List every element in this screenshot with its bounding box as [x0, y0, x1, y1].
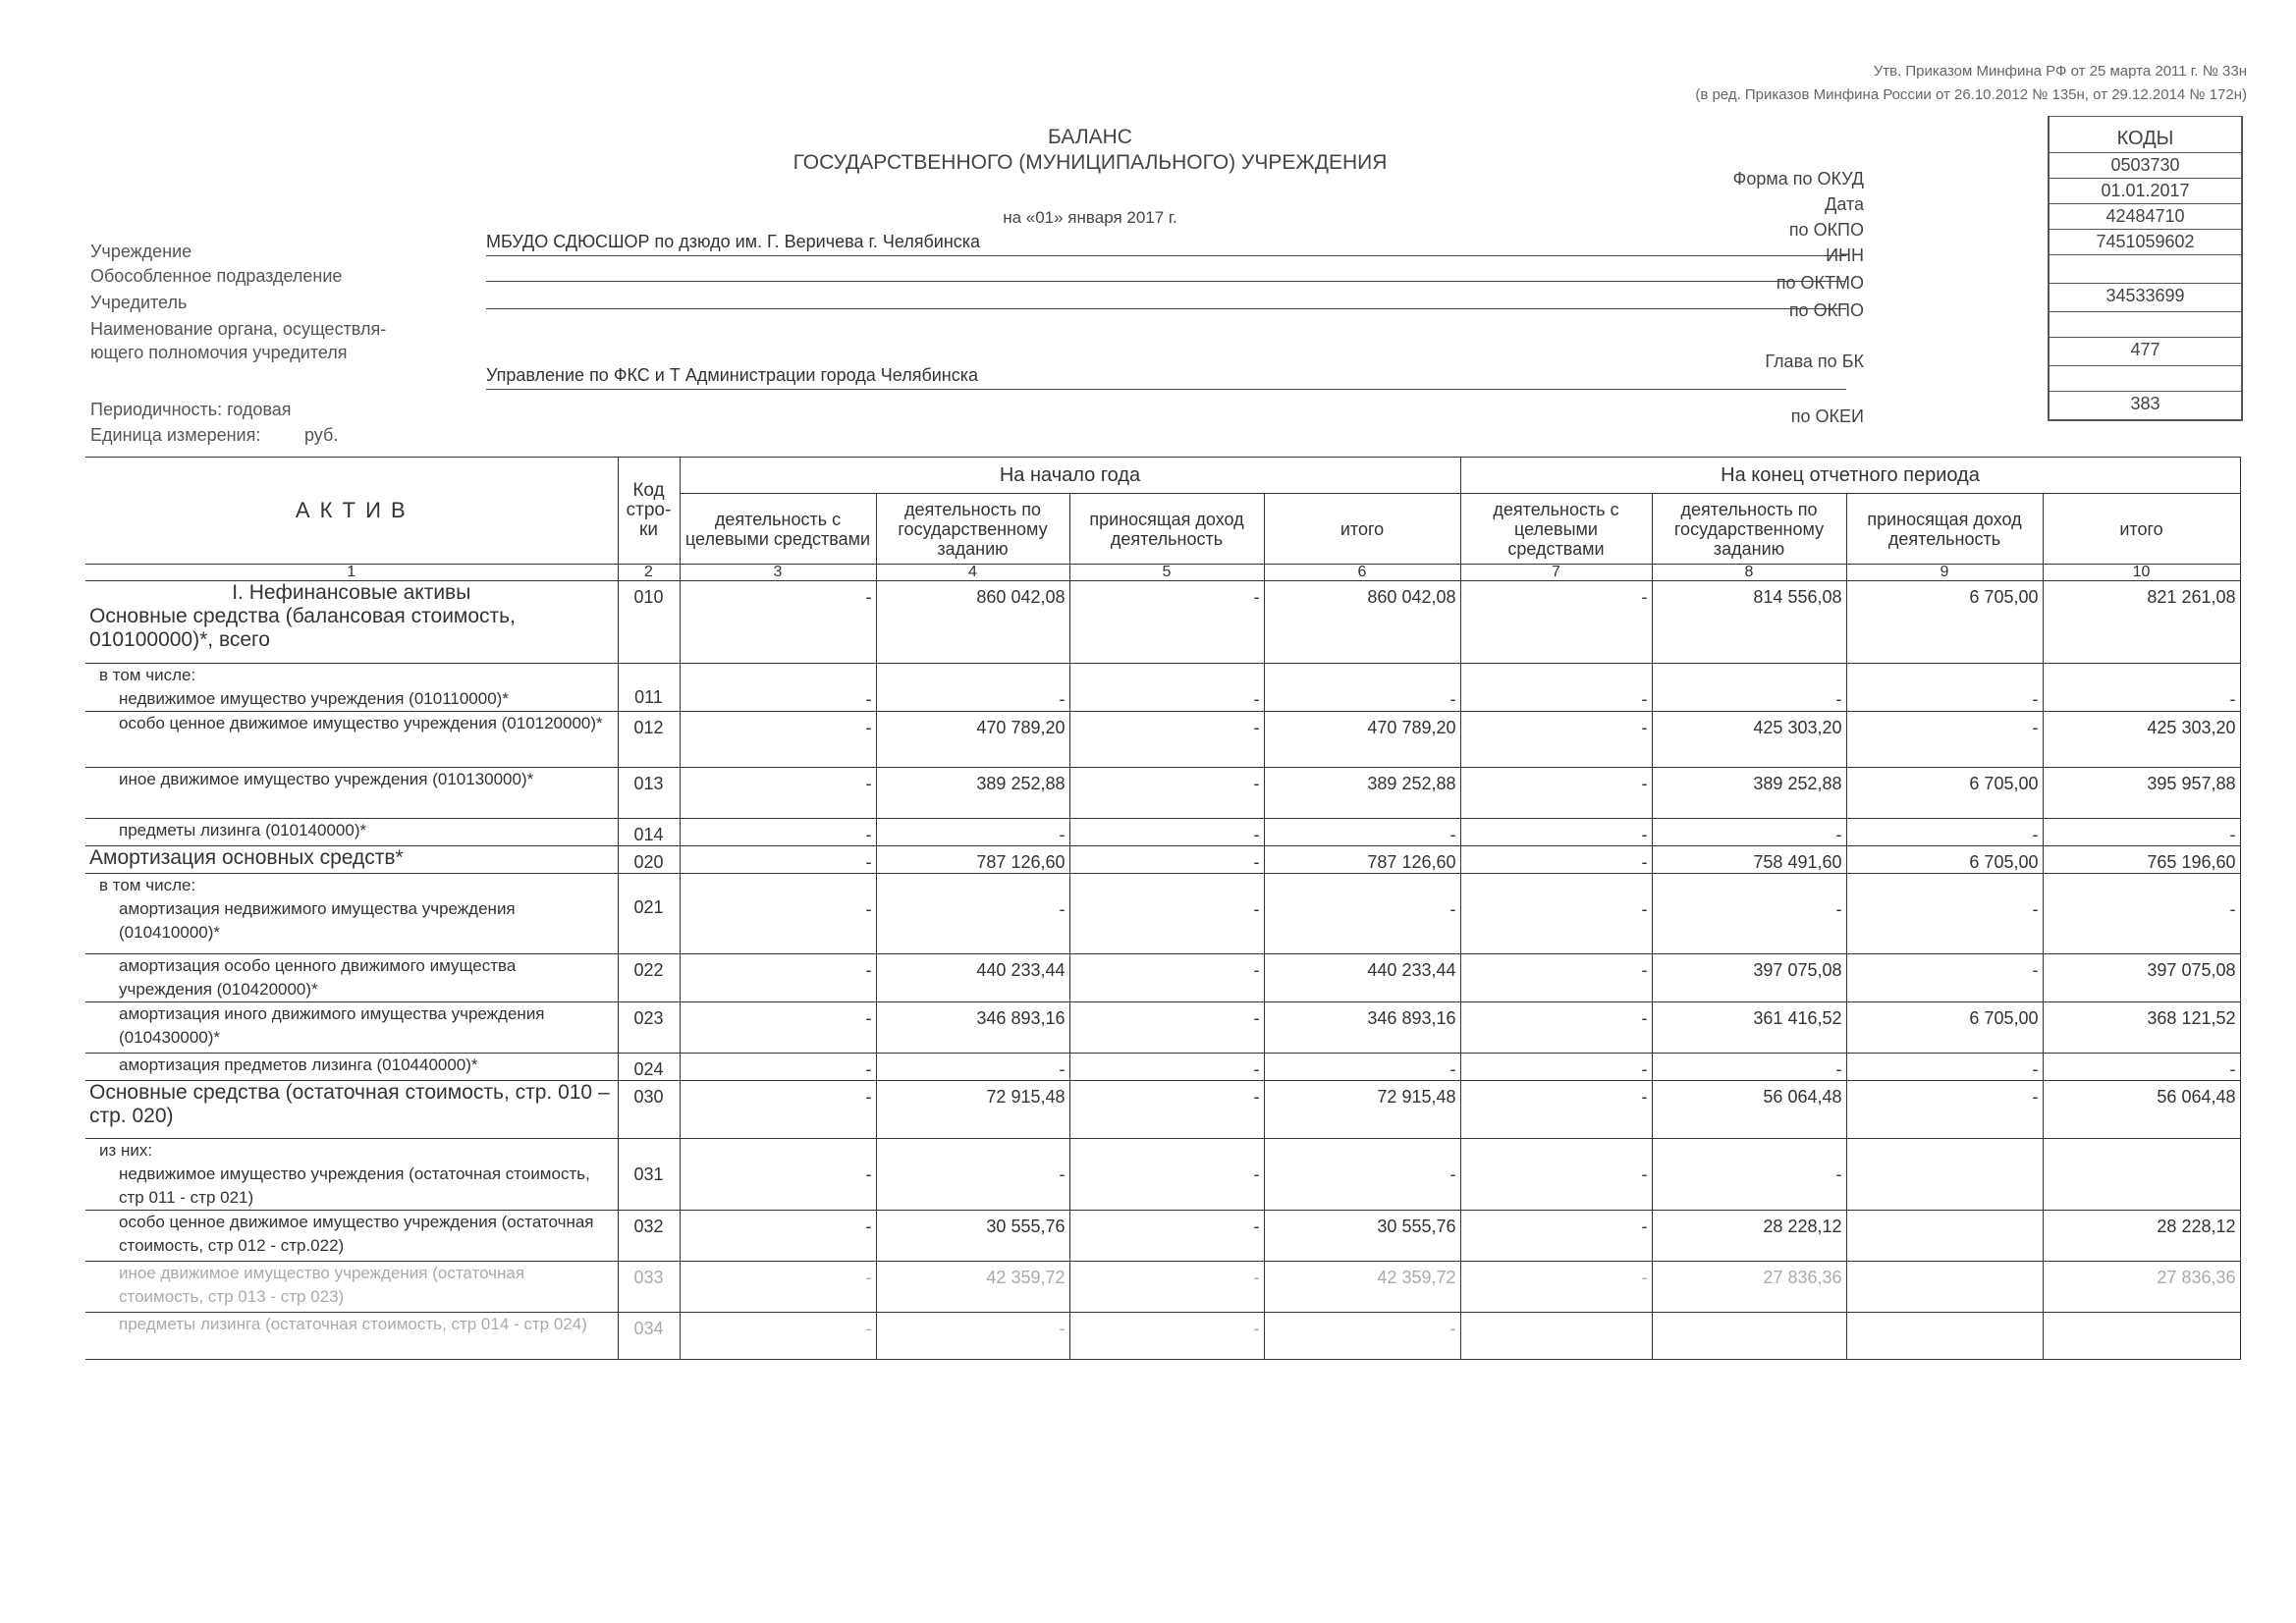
value-cell-col-3: - — [680, 1211, 876, 1262]
row-name: предметы лизинга (остаточная стоимость, … — [89, 1313, 614, 1336]
value-cell-col-5: - — [1069, 768, 1264, 819]
code-okud: 0503730 — [2050, 153, 2241, 179]
row-name: особо ценное движимое имущество учрежден… — [89, 1211, 614, 1258]
row-prefix: из них: — [89, 1139, 614, 1163]
value-cell-col-7: - — [1460, 954, 1652, 1002]
value-cell-col-4: - — [876, 1313, 1069, 1360]
row-prefix: в том числе: — [89, 874, 614, 897]
row-name: особо ценное движимое имущество учрежден… — [89, 712, 614, 735]
value-cell-col-3: - — [680, 1139, 876, 1211]
value-cell-col-8: 814 556,08 — [1652, 581, 1846, 664]
column-number: 3 — [680, 565, 876, 581]
value-cell-col-7: - — [1460, 1262, 1652, 1313]
value-cell-col-7: - — [1460, 1081, 1652, 1139]
row-code: 014 — [618, 819, 680, 846]
value-cell-col-5: - — [1069, 712, 1264, 768]
value-cell-col-3: - — [680, 1081, 876, 1139]
row-code: 023 — [618, 1002, 680, 1054]
value-cell-col-4: - — [876, 819, 1069, 846]
column-number: 9 — [1846, 565, 2043, 581]
row-name: Основные средства (балансовая стоимость,… — [89, 605, 614, 652]
value-cell-col-3: - — [680, 712, 876, 768]
value-cell-col-7: - — [1460, 1139, 1652, 1211]
value-cell-col-8: - — [1652, 874, 1846, 954]
value-cell-col-4: - — [876, 1139, 1069, 1211]
row-name: амортизация недвижимого имущества учрежд… — [89, 897, 614, 945]
institution-field: МБУДО СДЮСШОР по дзюдо им. Г. Веричева г… — [486, 232, 1846, 256]
institution-label: Учреждение — [90, 241, 191, 262]
value-cell-col-3: - — [680, 1054, 876, 1081]
unit-value: руб. — [304, 424, 338, 446]
col-header-4: деятельность по государственному заданию — [876, 494, 1069, 565]
table-row: амортизация иного движимого имущества уч… — [85, 1002, 2240, 1054]
value-cell-col-8: - — [1652, 664, 1846, 712]
row-name: амортизация предметов лизинга (010440000… — [89, 1054, 614, 1077]
row-code: 030 — [618, 1081, 680, 1139]
value-cell-col-6: - — [1264, 664, 1460, 712]
row-name: Основные средства (остаточная стоимость,… — [89, 1081, 614, 1128]
code-label-date: Дата — [1825, 194, 1864, 215]
code-blank-2 — [2050, 366, 2241, 392]
row-name-cell: амортизация иного движимого имущества уч… — [85, 1002, 618, 1054]
authority-value: Управление по ФКС и Т Администрации горо… — [486, 365, 978, 385]
value-cell-col-7: - — [1460, 846, 1652, 874]
value-cell-col-7: - — [1460, 712, 1652, 768]
row-name-cell: иное движимое имущество учреждения (оста… — [85, 1262, 618, 1313]
value-cell-col-5: - — [1069, 1081, 1264, 1139]
row-name-cell: предметы лизинга (остаточная стоимость, … — [85, 1313, 618, 1360]
code-label-okpo-2: по ОКПО — [1789, 300, 1864, 321]
row-name: амортизация особо ценного движимого имущ… — [89, 954, 614, 1001]
value-cell-col-5: - — [1069, 954, 1264, 1002]
column-number: 4 — [876, 565, 1069, 581]
institution-value: МБУДО СДЮСШОР по дзюдо им. Г. Веричева г… — [486, 232, 980, 251]
subdivision-label: Обособленное подразделение — [90, 265, 342, 287]
value-cell-col-5: - — [1069, 819, 1264, 846]
row-code: 033 — [618, 1262, 680, 1313]
row-name: иное движимое имущество учреждения (оста… — [89, 1262, 614, 1309]
value-cell-col-8: 397 075,08 — [1652, 954, 1846, 1002]
value-cell-col-8: - — [1652, 1054, 1846, 1081]
value-cell-col-10: 425 303,20 — [2043, 712, 2240, 768]
row-code: 010 — [618, 581, 680, 664]
section-heading: I. Нефинансовые активы — [89, 581, 614, 605]
column-number: 1 — [85, 565, 618, 581]
value-cell-col-4: 470 789,20 — [876, 712, 1069, 768]
row-name-cell: в том числе:недвижимое имущество учрежде… — [85, 664, 618, 712]
table-row: предметы лизинга (010140000)*014-------- — [85, 819, 2240, 846]
value-cell-col-9: 6 705,00 — [1846, 768, 2043, 819]
value-cell-col-5: - — [1069, 1139, 1264, 1211]
col-header-aktiv: А К Т И В — [85, 458, 618, 565]
table-row: из них:недвижимое имущество учреждения (… — [85, 1139, 2240, 1211]
value-cell-col-10: 368 121,52 — [2043, 1002, 2240, 1054]
value-cell-col-7: - — [1460, 1211, 1652, 1262]
value-cell-col-7: - — [1460, 819, 1652, 846]
table-body: I. Нефинансовые активыОсновные средства … — [85, 581, 2240, 1360]
value-cell-col-5: - — [1069, 664, 1264, 712]
row-name-cell: амортизация предметов лизинга (010440000… — [85, 1054, 618, 1081]
code-label-inn: ИНН — [1826, 245, 1864, 266]
col-header-7: деятельность с целевыми средствами — [1460, 494, 1652, 565]
founder-field — [486, 285, 1846, 309]
table-row: особо ценное движимое имущество учрежден… — [85, 712, 2240, 768]
value-cell-col-10: - — [2043, 1054, 2240, 1081]
value-cell-col-6: - — [1264, 819, 1460, 846]
row-name-cell: Амортизация основных средств* — [85, 846, 618, 874]
table-row: в том числе:амортизация недвижимого имущ… — [85, 874, 2240, 954]
value-cell-col-8: 758 491,60 — [1652, 846, 1846, 874]
code-glava-bk: 477 — [2050, 338, 2241, 366]
code-blank-1 — [2050, 312, 2241, 338]
document-subtitle: ГОСУДАРСТВЕННОГО (МУНИЦИПАЛЬНОГО) УЧРЕЖД… — [638, 149, 1542, 177]
row-code: 024 — [618, 1054, 680, 1081]
code-okpo-2: 34533699 — [2050, 284, 2241, 312]
value-cell-col-3: - — [680, 954, 876, 1002]
row-name-cell: амортизация особо ценного движимого имущ… — [85, 954, 618, 1002]
value-cell-col-10 — [2043, 1139, 2240, 1211]
row-name: недвижимое имущество учреждения (остаточ… — [89, 1163, 614, 1210]
row-name: недвижимое имущество учреждения (0101100… — [89, 687, 614, 711]
value-cell-col-4: 30 555,76 — [876, 1211, 1069, 1262]
value-cell-col-5: - — [1069, 1262, 1264, 1313]
value-cell-col-6: 42 359,72 — [1264, 1262, 1460, 1313]
row-name-cell: особо ценное движимое имущество учрежден… — [85, 1211, 618, 1262]
column-number: 8 — [1652, 565, 1846, 581]
table-row: I. Нефинансовые активыОсновные средства … — [85, 581, 2240, 664]
col-group-end: На конец отчетного периода — [1460, 458, 2240, 494]
value-cell-col-9 — [1846, 1139, 2043, 1211]
value-cell-col-4: 440 233,44 — [876, 954, 1069, 1002]
authority-label-2: ющего полномочия учредителя — [90, 342, 348, 363]
table-row: в том числе:недвижимое имущество учрежде… — [85, 664, 2240, 712]
value-cell-col-5: - — [1069, 581, 1264, 664]
value-cell-col-10: - — [2043, 664, 2240, 712]
value-cell-col-10 — [2043, 1313, 2240, 1360]
row-code: 022 — [618, 954, 680, 1002]
value-cell-col-4: 860 042,08 — [876, 581, 1069, 664]
value-cell-col-8: 56 064,48 — [1652, 1081, 1846, 1139]
table-row: иное движимое имущество учреждения (оста… — [85, 1262, 2240, 1313]
value-cell-col-4: 72 915,48 — [876, 1081, 1069, 1139]
value-cell-col-3: - — [680, 1002, 876, 1054]
value-cell-col-6: 72 915,48 — [1264, 1081, 1460, 1139]
value-cell-col-10: - — [2043, 874, 2240, 954]
row-code: 020 — [618, 846, 680, 874]
value-cell-col-7: - — [1460, 874, 1652, 954]
value-cell-col-3: - — [680, 874, 876, 954]
approval-line-2: (в ред. Приказов Минфина России от 26.10… — [1695, 84, 2247, 106]
value-cell-col-6: 389 252,88 — [1264, 768, 1460, 819]
code-okei: 383 — [2050, 392, 2241, 421]
value-cell-col-3: - — [680, 581, 876, 664]
value-cell-col-4: - — [876, 1054, 1069, 1081]
value-cell-col-10: - — [2043, 819, 2240, 846]
column-number: 5 — [1069, 565, 1264, 581]
value-cell-col-9: 6 705,00 — [1846, 581, 2043, 664]
table-row: Основные средства (остаточная стоимость,… — [85, 1081, 2240, 1139]
value-cell-col-5: - — [1069, 1054, 1264, 1081]
value-cell-col-10: 27 836,36 — [2043, 1262, 2240, 1313]
value-cell-col-7 — [1460, 1313, 1652, 1360]
value-cell-col-10: 821 261,08 — [2043, 581, 2240, 664]
table-row: амортизация предметов лизинга (010440000… — [85, 1054, 2240, 1081]
row-name-cell: особо ценное движимое имущество учрежден… — [85, 712, 618, 768]
table-row: Амортизация основных средств*020-787 126… — [85, 846, 2240, 874]
value-cell-col-4: 42 359,72 — [876, 1262, 1069, 1313]
value-cell-col-5: - — [1069, 1313, 1264, 1360]
row-code: 034 — [618, 1313, 680, 1360]
value-cell-col-8: - — [1652, 1139, 1846, 1211]
code-inn: 7451059602 — [2050, 230, 2241, 255]
value-cell-col-10: 395 957,88 — [2043, 768, 2240, 819]
row-name-cell: иное движимое имущество учреждения (0101… — [85, 768, 618, 819]
value-cell-col-9 — [1846, 1211, 2043, 1262]
approval-line-1: Утв. Приказом Минфина РФ от 25 марта 201… — [1874, 61, 2247, 82]
value-cell-col-3: - — [680, 819, 876, 846]
value-cell-col-7: - — [1460, 768, 1652, 819]
row-code: 032 — [618, 1211, 680, 1262]
value-cell-col-4: 346 893,16 — [876, 1002, 1069, 1054]
value-cell-col-6: 787 126,60 — [1264, 846, 1460, 874]
value-cell-col-4: - — [876, 664, 1069, 712]
value-cell-col-8: 389 252,88 — [1652, 768, 1846, 819]
row-name-cell: Основные средства (остаточная стоимость,… — [85, 1081, 618, 1139]
row-code: 021 — [618, 874, 680, 954]
value-cell-col-9: - — [1846, 712, 2043, 768]
value-cell-col-10: 56 064,48 — [2043, 1081, 2240, 1139]
row-name-cell: из них:недвижимое имущество учреждения (… — [85, 1139, 618, 1211]
value-cell-col-9 — [1846, 1313, 2043, 1360]
table-row: особо ценное движимое имущество учрежден… — [85, 1211, 2240, 1262]
value-cell-col-5: - — [1069, 846, 1264, 874]
row-name-cell: в том числе:амортизация недвижимого имущ… — [85, 874, 618, 954]
value-cell-col-10: 397 075,08 — [2043, 954, 2240, 1002]
value-cell-col-10: 28 228,12 — [2043, 1211, 2240, 1262]
column-number: 10 — [2043, 565, 2240, 581]
code-label-okud: Форма по ОКУД — [1733, 169, 1864, 189]
value-cell-col-8: 28 228,12 — [1652, 1211, 1846, 1262]
value-cell-col-3: - — [680, 846, 876, 874]
value-cell-col-6: - — [1264, 1313, 1460, 1360]
value-cell-col-9: - — [1846, 1081, 2043, 1139]
row-name: иное движимое имущество учреждения (0101… — [89, 768, 614, 791]
report-date: на «01» января 2017 г. — [638, 208, 1542, 228]
value-cell-col-9: - — [1846, 664, 2043, 712]
value-cell-col-7: - — [1460, 581, 1652, 664]
code-label-glava-bk: Глава по БК — [1765, 352, 1864, 372]
value-cell-col-8: 361 416,52 — [1652, 1002, 1846, 1054]
value-cell-col-7: - — [1460, 664, 1652, 712]
value-cell-col-3: - — [680, 1262, 876, 1313]
subdivision-field — [486, 257, 1846, 282]
col-header-3: деятельность с целевыми средствами — [680, 494, 876, 565]
value-cell-col-3: - — [680, 664, 876, 712]
col-header-code: Код стро-ки — [618, 458, 680, 565]
row-name: Амортизация основных средств* — [89, 846, 614, 870]
code-date: 01.01.2017 — [2050, 179, 2241, 204]
value-cell-col-6: 470 789,20 — [1264, 712, 1460, 768]
table-row: иное движимое имущество учреждения (0101… — [85, 768, 2240, 819]
value-cell-col-6: - — [1264, 874, 1460, 954]
row-name: предметы лизинга (010140000)* — [89, 819, 614, 842]
col-header-5: приносящая доход деятельность — [1069, 494, 1264, 565]
table-row: амортизация особо ценного движимого имущ… — [85, 954, 2240, 1002]
value-cell-col-9 — [1846, 1262, 2043, 1313]
value-cell-col-6: - — [1264, 1054, 1460, 1081]
value-cell-col-6: 30 555,76 — [1264, 1211, 1460, 1262]
row-name-cell: I. Нефинансовые активыОсновные средства … — [85, 581, 618, 664]
row-code: 011 — [618, 664, 680, 712]
value-cell-col-5: - — [1069, 1002, 1264, 1054]
value-cell-col-4: 787 126,60 — [876, 846, 1069, 874]
document-title: БАЛАНС — [638, 124, 1542, 151]
row-code: 013 — [618, 768, 680, 819]
value-cell-col-8: 27 836,36 — [1652, 1262, 1846, 1313]
code-label-oktmo: по ОКТМО — [1777, 273, 1864, 294]
value-cell-col-3: - — [680, 1313, 876, 1360]
value-cell-col-5: - — [1069, 1211, 1264, 1262]
value-cell-col-5: - — [1069, 874, 1264, 954]
row-name: амортизация иного движимого имущества уч… — [89, 1002, 614, 1050]
table-row: предметы лизинга (остаточная стоимость, … — [85, 1313, 2240, 1360]
value-cell-col-9: - — [1846, 1054, 2043, 1081]
code-label-okei: по ОКЕИ — [1791, 406, 1864, 427]
balance-table: А К Т И В Код стро-ки На начало года На … — [85, 457, 2241, 1360]
column-number: 2 — [618, 565, 680, 581]
value-cell-col-9: 6 705,00 — [1846, 846, 2043, 874]
row-name-cell: предметы лизинга (010140000)* — [85, 819, 618, 846]
value-cell-col-7: - — [1460, 1054, 1652, 1081]
value-cell-col-6: 440 233,44 — [1264, 954, 1460, 1002]
value-cell-col-8 — [1652, 1313, 1846, 1360]
code-oktmo — [2050, 255, 2241, 284]
value-cell-col-8: 425 303,20 — [1652, 712, 1846, 768]
codes-box: КОДЫ 0503730 01.01.2017 42484710 7451059… — [2048, 116, 2243, 421]
value-cell-col-9: - — [1846, 819, 2043, 846]
value-cell-col-6: - — [1264, 1139, 1460, 1211]
authority-field: Управление по ФКС и Т Администрации горо… — [486, 365, 1846, 390]
value-cell-col-4: 389 252,88 — [876, 768, 1069, 819]
value-cell-col-9: - — [1846, 874, 2043, 954]
authority-label-1: Наименование органа, осуществля- — [90, 318, 386, 340]
row-code: 012 — [618, 712, 680, 768]
value-cell-col-7: - — [1460, 1002, 1652, 1054]
column-number: 7 — [1460, 565, 1652, 581]
value-cell-col-3: - — [680, 768, 876, 819]
founder-label: Учредитель — [90, 292, 187, 313]
row-code: 031 — [618, 1139, 680, 1211]
codes-header: КОДЫ — [2050, 116, 2241, 153]
column-number: 6 — [1264, 565, 1460, 581]
row-prefix: в том числе: — [89, 664, 614, 687]
code-label-okpo: по ОКПО — [1789, 220, 1864, 241]
value-cell-col-9: - — [1846, 954, 2043, 1002]
col-header-10: итого — [2043, 494, 2240, 565]
periodicity-label: Периодичность: годовая — [90, 399, 292, 420]
column-numbers-row: 12345678910 — [85, 565, 2240, 581]
value-cell-col-9: 6 705,00 — [1846, 1002, 2043, 1054]
value-cell-col-8: - — [1652, 819, 1846, 846]
col-header-6: итого — [1264, 494, 1460, 565]
value-cell-col-10: 765 196,60 — [2043, 846, 2240, 874]
code-okpo: 42484710 — [2050, 204, 2241, 230]
col-header-9: приносящая доход деятельность — [1846, 494, 2043, 565]
value-cell-col-6: 860 042,08 — [1264, 581, 1460, 664]
col-header-8: деятельность по государственному заданию — [1652, 494, 1846, 565]
value-cell-col-6: 346 893,16 — [1264, 1002, 1460, 1054]
col-group-start: На начало года — [680, 458, 1460, 494]
value-cell-col-4: - — [876, 874, 1069, 954]
unit-label: Единица измерения: — [90, 424, 260, 446]
